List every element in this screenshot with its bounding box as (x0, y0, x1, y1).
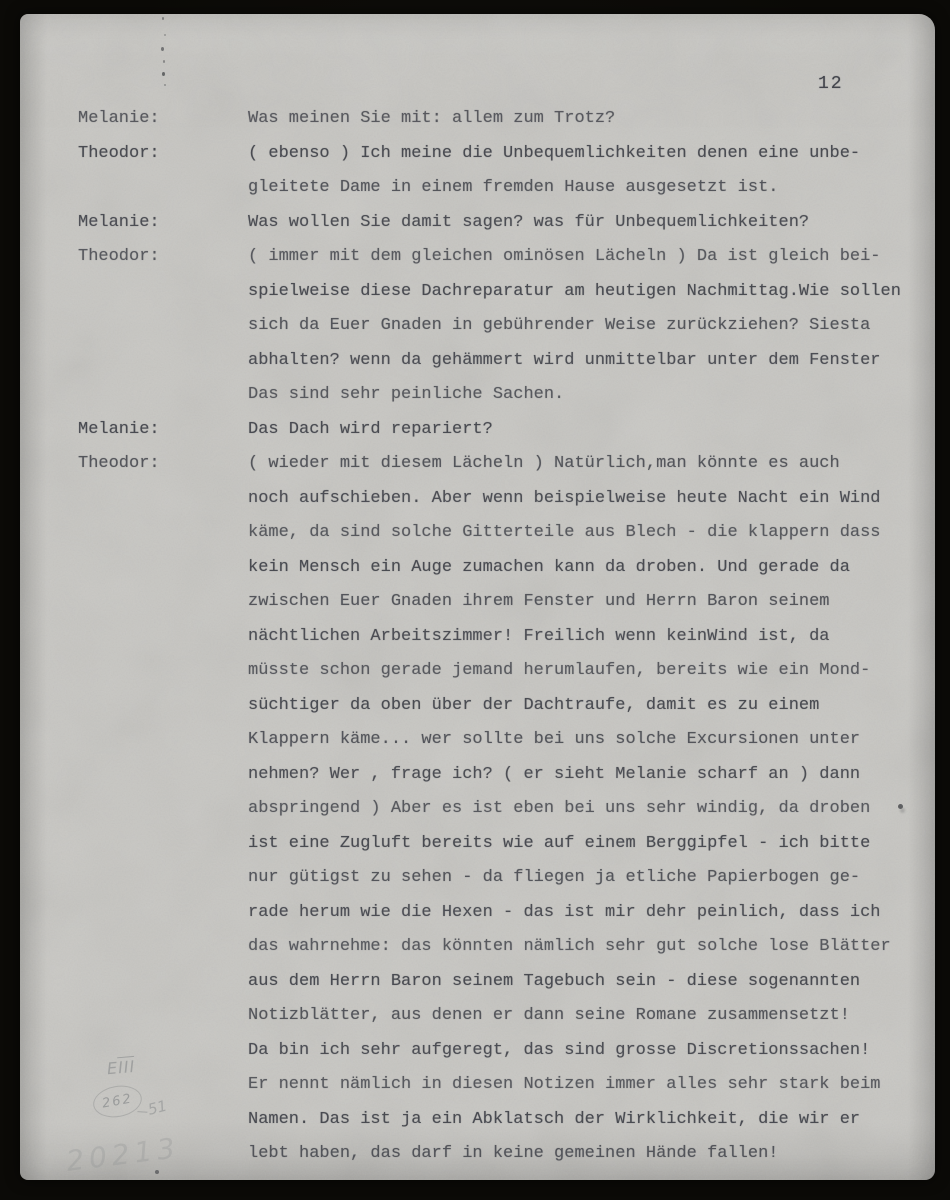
dialogue-line: Melanie: Was meinen Sie mit: allem zum T… (20, 102, 935, 137)
speaker-label (78, 378, 248, 413)
pencil-stroke (137, 1111, 147, 1113)
dialogue-line: Melanie: Was wollen Sie damit sagen? was… (20, 206, 935, 241)
dialogue-line: Theodor: ( wieder mit diesem Lächeln ) N… (20, 447, 935, 482)
speaker-label (78, 723, 248, 758)
dialogue-line: ist eine Zugluft bereits wie auf einem B… (20, 827, 935, 862)
dialogue-line: kein Mensch ein Auge zumachen kann da dr… (20, 551, 935, 586)
speaker-label (78, 827, 248, 862)
dialogue-text: rade herum wie die Hexen - das ist mir d… (248, 896, 935, 931)
speaker-label: Melanie: (78, 206, 248, 241)
speaker-label (78, 516, 248, 551)
dialogue-text: Was wollen Sie damit sagen? was für Unbe… (248, 206, 935, 241)
ink-speck (898, 804, 903, 809)
dialogue-text: Notizblätter, aus denen er dann seine Ro… (248, 999, 935, 1034)
dialogue-line: spielweise diese Dachreparatur am heutig… (20, 275, 935, 310)
dialogue-text: kein Mensch ein Auge zumachen kann da dr… (248, 551, 935, 586)
speaker-label (78, 930, 248, 965)
dialogue-text: abspringend ) Aber es ist eben bei uns s… (248, 792, 935, 827)
speaker-label (78, 861, 248, 896)
speaker-label (78, 551, 248, 586)
dialogue-line: Notizblätter, aus denen er dann seine Ro… (20, 999, 935, 1034)
speaker-label (78, 654, 248, 689)
dialogue-text: spielweise diese Dachreparatur am heutig… (248, 275, 935, 310)
dialogue-text: nächtlichen Arbeitszimmer! Freilich wenn… (248, 620, 935, 655)
speaker-label (78, 758, 248, 793)
dialogue-text: Was meinen Sie mit: allem zum Trotz? (248, 102, 935, 137)
speaker-label (78, 896, 248, 931)
dialogue-text: das wahrnehme: das könnten nämlich sehr … (248, 930, 935, 965)
dialogue-text: abhalten? wenn da gehämmert wird unmitte… (248, 344, 935, 379)
dialogue-line: zwischen Euer Gnaden ihrem Fenster und H… (20, 585, 935, 620)
dialogue-text: ( immer mit dem gleichen ominösen Lächel… (248, 240, 935, 275)
speaker-label: Theodor: (78, 137, 248, 172)
ink-speck (162, 17, 164, 20)
dialogue-text: müsste schon gerade jemand herumlaufen, … (248, 654, 935, 689)
dialogue-text: käme, da sind solche Gitterteile aus Ble… (248, 516, 935, 551)
dialogue-text: lebt haben, das darf in keine gemeinen H… (248, 1137, 935, 1172)
dialogue-text: zwischen Euer Gnaden ihrem Fenster und H… (248, 585, 935, 620)
dialogue-line: rade herum wie die Hexen - das ist mir d… (20, 896, 935, 931)
dialogue-text: süchtiger da oben über der Dachtraufe, d… (248, 689, 935, 724)
dialogue-text: aus dem Herrn Baron seinem Tagebuch sein… (248, 965, 935, 1000)
archive-mark-eiii: EIII (106, 1057, 136, 1078)
dialogue-text: Klappern käme... wer sollte bei uns solc… (248, 723, 935, 758)
dialogue-text: ist eine Zugluft bereits wie auf einem B… (248, 827, 935, 862)
pencil-dot (155, 1170, 159, 1174)
speaker-label (78, 344, 248, 379)
dialogue-line: nur gütigst zu sehen - da fliegen ja etl… (20, 861, 935, 896)
dialogue-text: sich da Euer Gnaden in gebührender Weise… (248, 309, 935, 344)
speaker-label: Theodor: (78, 447, 248, 482)
ink-speck (162, 72, 165, 76)
dialogue-line: Theodor: ( immer mit dem gleichen ominös… (20, 240, 935, 275)
dialogue-text: noch aufschieben. Aber wenn beispielweis… (248, 482, 935, 517)
dialogue-text: Er nennt nämlich in diesen Notizen immer… (248, 1068, 935, 1103)
speaker-label: Melanie: (78, 413, 248, 448)
dialogue-text: gleitete Dame in einem fremden Hause aus… (248, 171, 935, 206)
ink-speck (164, 84, 166, 86)
scanned-page: 12 Melanie: Was meinen Sie mit: allem zu… (20, 14, 935, 1180)
ink-speck (163, 60, 165, 63)
speaker-label: Melanie: (78, 102, 248, 137)
dialogue-line: abspringend ) Aber es ist eben bei uns s… (20, 792, 935, 827)
speaker-label: Theodor: (78, 240, 248, 275)
speaker-label (78, 482, 248, 517)
dialogue-line: das wahrnehme: das könnten nämlich sehr … (20, 930, 935, 965)
dialogue-line: müsste schon gerade jemand herumlaufen, … (20, 654, 935, 689)
ink-speck (164, 34, 166, 36)
speaker-label (78, 275, 248, 310)
dialogue-line: noch aufschieben. Aber wenn beispielweis… (20, 482, 935, 517)
dialogue-line: gleitete Dame in einem fremden Hause aus… (20, 171, 935, 206)
dialogue-line: nächtlichen Arbeitszimmer! Freilich wenn… (20, 620, 935, 655)
speaker-label (78, 1034, 248, 1069)
speaker-label (78, 792, 248, 827)
speaker-label (78, 999, 248, 1034)
speaker-label (78, 585, 248, 620)
speaker-label (78, 620, 248, 655)
dialogue-line: Theodor: ( ebenso ) Ich meine die Unbequ… (20, 137, 935, 172)
dialogue-line: Das sind sehr peinliche Sachen. (20, 378, 935, 413)
speaker-label (78, 689, 248, 724)
ink-speck (161, 47, 164, 51)
speaker-label (78, 171, 248, 206)
dialogue-text: Das sind sehr peinliche Sachen. (248, 378, 935, 413)
dialogue-text: Das Dach wird repariert? (248, 413, 935, 448)
dialogue-line: Klappern käme... wer sollte bei uns solc… (20, 723, 935, 758)
dialogue-line: aus dem Herrn Baron seinem Tagebuch sein… (20, 965, 935, 1000)
dialogue-line: Da bin ich sehr aufgeregt, das sind gros… (20, 1034, 935, 1069)
speaker-label (78, 965, 248, 1000)
dialogue-line: nehmen? Wer , frage ich? ( er sieht Mela… (20, 758, 935, 793)
dialogue-line: käme, da sind solche Gitterteile aus Ble… (20, 516, 935, 551)
dialogue-text: Da bin ich sehr aufgeregt, das sind gros… (248, 1034, 935, 1069)
dialogue-line: sich da Euer Gnaden in gebührender Weise… (20, 309, 935, 344)
dialogue-text: nur gütigst zu sehen - da fliegen ja etl… (248, 861, 935, 896)
dialogue-text: ( wieder mit diesem Lächeln ) Natürlich,… (248, 447, 935, 482)
page-number: 12 (818, 74, 844, 94)
dialogue-line: süchtiger da oben über der Dachtraufe, d… (20, 689, 935, 724)
dialogue-body: Melanie: Was meinen Sie mit: allem zum T… (20, 102, 935, 1172)
dialogue-text: nehmen? Wer , frage ich? ( er sieht Mela… (248, 758, 935, 793)
dialogue-line: abhalten? wenn da gehämmert wird unmitte… (20, 344, 935, 379)
dialogue-text: ( ebenso ) Ich meine die Unbequemlichkei… (248, 137, 935, 172)
dialogue-text: Namen. Das ist ja ein Abklatsch der Wirk… (248, 1103, 935, 1138)
speaker-label (78, 309, 248, 344)
roman-numeral: III (117, 1056, 136, 1077)
dialogue-line: Melanie: Das Dach wird repariert? (20, 413, 935, 448)
